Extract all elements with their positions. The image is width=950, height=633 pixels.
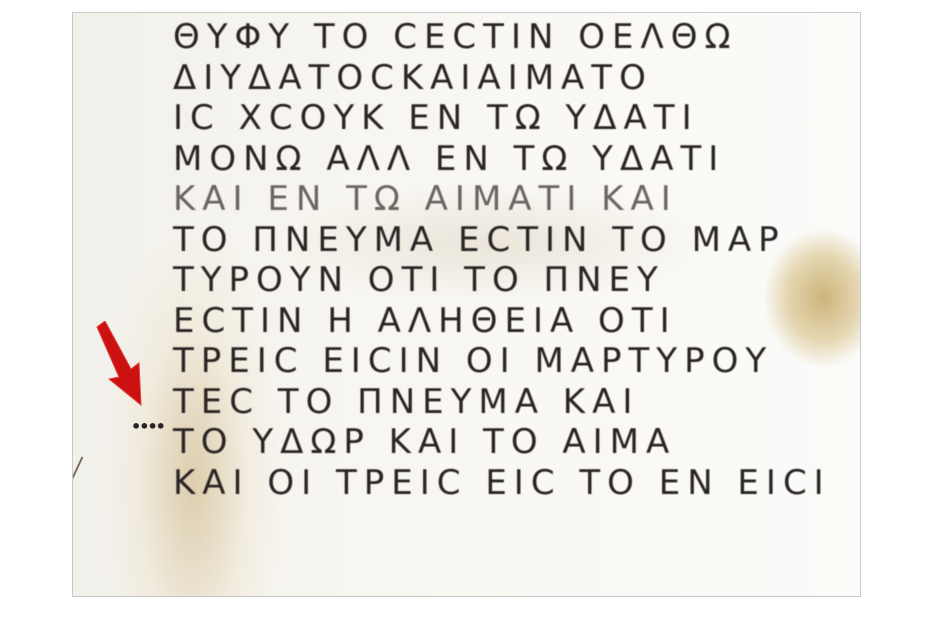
manuscript-line: ΤΡΕΙϹ ΕΙϹΙΝ ΟΙ ΜΑΡΤΥΡΟΥ xyxy=(173,341,813,382)
red-arrow-icon xyxy=(91,321,151,411)
manuscript-text: ΘΥΦΥ ΤΟ ϹΕϹΤΙΝ ΟΕΛΘΩ ΔΙΥΔΑΤΟϹΚΑΙΑΙΜΑΤΟ Ι… xyxy=(173,17,813,503)
marginal-mark: •••• xyxy=(131,417,164,436)
manuscript-line: ΚΑΙ ΟΙ ΤΡΕΙϹ ΕΙϹ ΤΟ ΕΝ ΕΙϹΙ xyxy=(173,463,813,504)
manuscript-line: ΚΑΙ ΕΝ ΤΩ ΑΙΜΑΤΙ ΚΑΙ xyxy=(173,179,813,220)
manuscript-photo: ΘΥΦΥ ΤΟ ϹΕϹΤΙΝ ΟΕΛΘΩ ΔΙΥΔΑΤΟϹΚΑΙΑΙΜΑΤΟ Ι… xyxy=(72,12,861,597)
margin-stroke xyxy=(72,456,83,493)
manuscript-line: ΙϹ ΧϹΟΥΚ ΕΝ ΤΩ ΥΔΑΤΙ xyxy=(173,98,813,139)
manuscript-line: ΤΟ ΥΔΩΡ ΚΑΙ ΤΟ ΑΙΜΑ xyxy=(173,422,813,463)
manuscript-line: ΕϹΤΙΝ Η ΑΛΗΘΕΙΑ ΟΤΙ xyxy=(173,301,813,342)
manuscript-line: ΘΥΦΥ ΤΟ ϹΕϹΤΙΝ ΟΕΛΘΩ xyxy=(173,17,813,58)
manuscript-line: ΔΙΥΔΑΤΟϹΚΑΙΑΙΜΑΤΟ xyxy=(173,58,813,99)
manuscript-line: ΤΟ ΠΝΕΥΜΑ ΕϹΤΙΝ ΤΟ ΜΑΡ xyxy=(173,220,813,261)
manuscript-line: ΤΥΡΟΥΝ ΟΤΙ ΤΟ ΠΝΕΥ xyxy=(173,260,813,301)
manuscript-line: ΤΕϹ ΤΟ ΠΝΕΥΜΑ ΚΑΙ xyxy=(173,382,813,423)
manuscript-line: ΜΟΝΩ ΑΛΛ ΕΝ ΤΩ ΥΔΑΤΙ xyxy=(173,139,813,180)
